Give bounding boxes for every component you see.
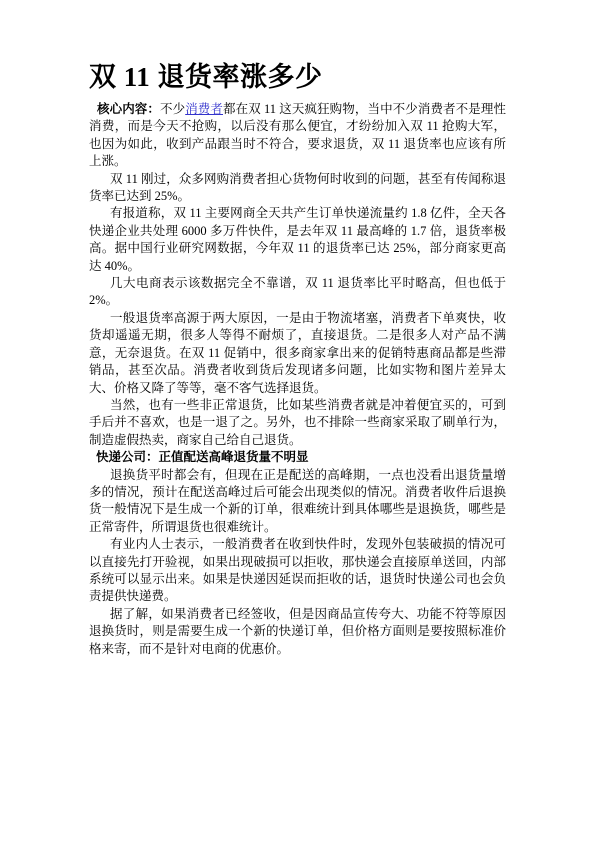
paragraph-abnormal-returns: 当然，也有一些非正常退货，比如某些消费者就是冲着便宜买的，可到手后并不喜欢，也是… <box>89 397 506 449</box>
core-content-label: 核心内容： <box>97 102 160 116</box>
paragraph-report-volume: 有报道称，双 11 主要网商全天共产生订单快递流量约 1.8 亿件，全天各快递企… <box>89 205 506 275</box>
paragraph-return-rumor: 双 11 刚过，众多网购消费者担心货物何时收到的问题，甚至有传闻称退货率已达到 … <box>89 171 506 206</box>
consumer-keyword-link[interactable]: 消费者 <box>185 102 223 116</box>
paragraph-two-reasons: 一般退货率高源于两大原因，一是由于物流堵塞，消费者下单爽快，收货却遥遥无期，很多… <box>89 310 506 397</box>
paragraph-ecommerce-denial: 几大电商表示该数据完全不靠谱，双 11 退货率比平时略高，但也低于 2%。 <box>89 275 506 310</box>
article-title: 双 11 退货率涨多少 <box>89 60 506 94</box>
subheading-courier-company: 快递公司：正值配送高峰退货量不明显 <box>89 449 506 466</box>
document-page: 双 11 退货率涨多少 核心内容：不少消费者都在双 11 这天疯狂购物，当中不少… <box>0 0 595 842</box>
paragraph-signed-return-pricing: 据了解，如果消费者已经签收，但是因商品宣传夸大、功能不符等原因退换货时，则是需要… <box>89 606 506 658</box>
paragraph-insider-inspection: 有业内人士表示，一般消费者在收到快件时，发现外包装破损的情况可以直接先打开验视，… <box>89 536 506 606</box>
paragraph-peak-delivery: 退换货平时都会有，但现在正是配送的高峰期，一点也没看出退货量增多的情况，预计在配… <box>89 467 506 537</box>
core-text-before-link: 不少 <box>160 102 185 116</box>
core-summary-paragraph: 核心内容：不少消费者都在双 11 这天疯狂购物，当中不少消费者不是理性消费，而是… <box>89 101 506 171</box>
